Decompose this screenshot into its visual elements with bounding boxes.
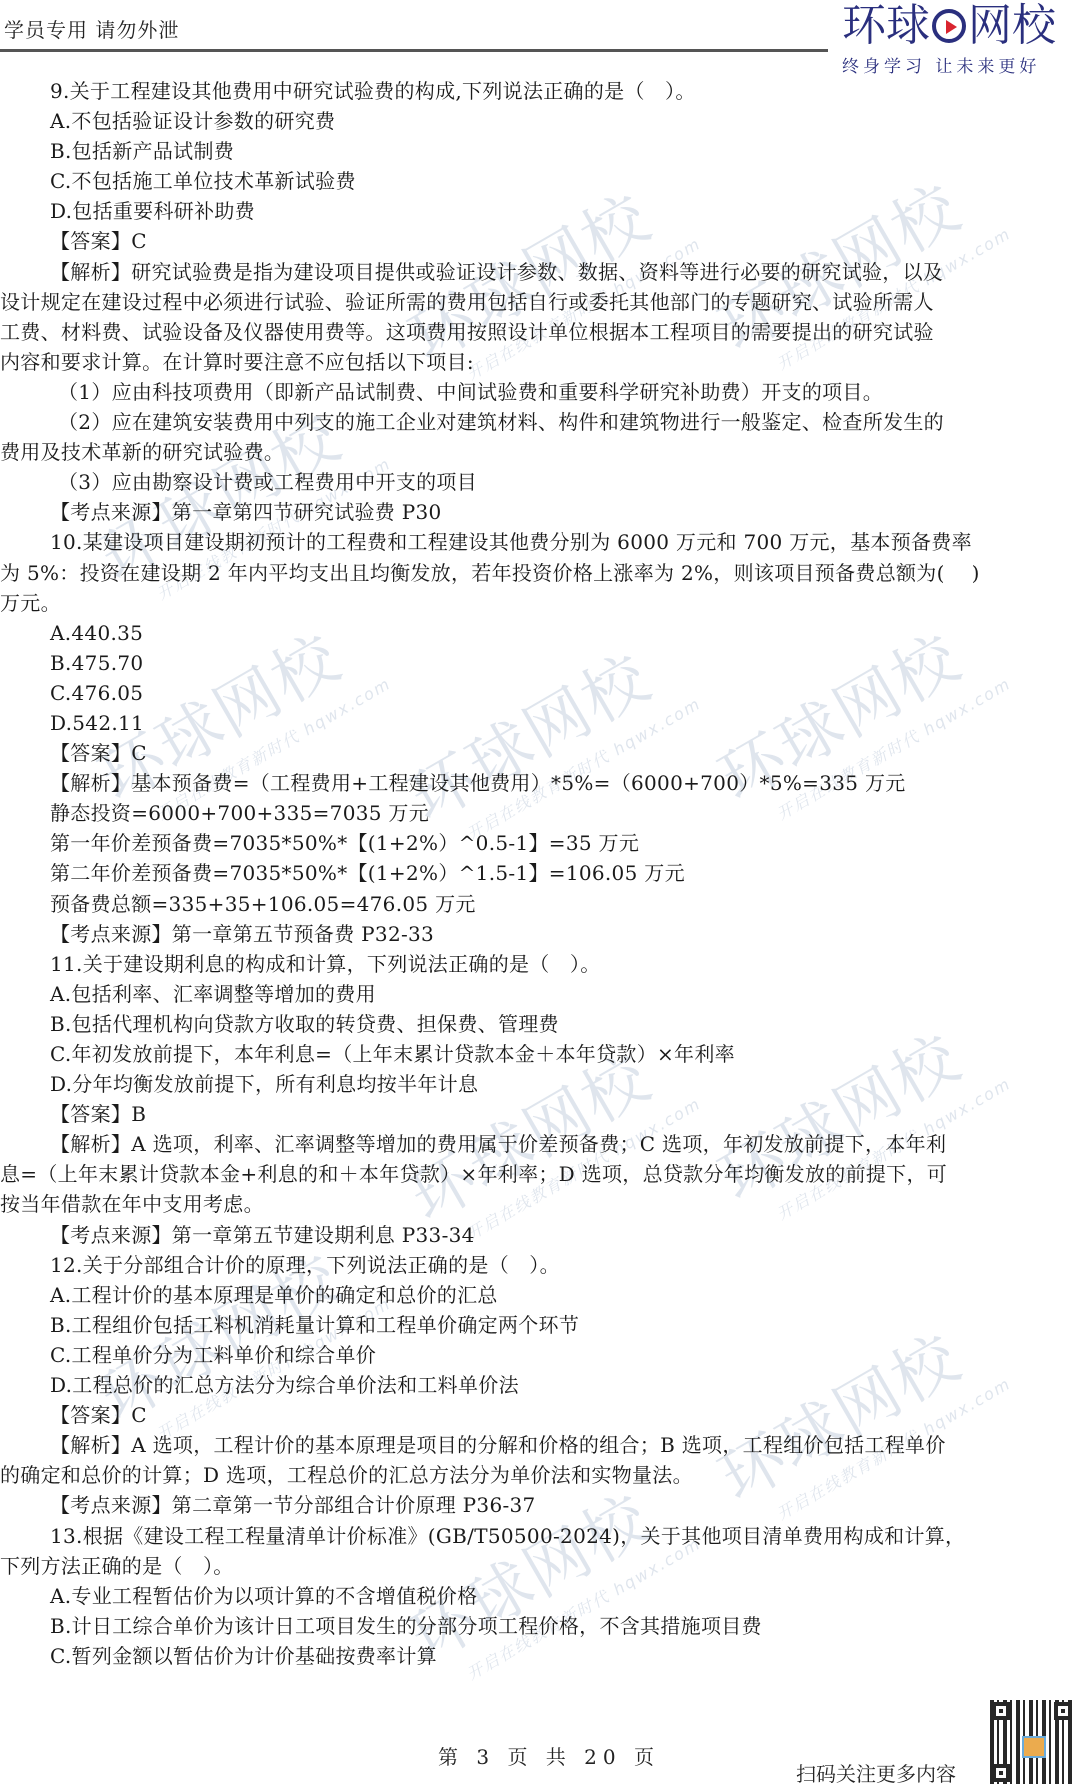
question-13: 13.根据《建设工程工程量清单计价标准》(GB/T50500-2024)，关于其… xyxy=(0,1521,1080,1671)
question-9: 9.关于工程建设其他费用中研究试验费的构成,下列说法正确的是（ ）。 A.不包括… xyxy=(0,76,1080,527)
header-label: 学员专用 请勿外泄 xyxy=(4,14,179,43)
option-b: B.计日工综合单价为该计日工项目发生的分部分项工程价格，不含其措施项目费 xyxy=(0,1611,1080,1641)
analysis-line: （1）应由科技项费用（即新产品试制费、中间试验费和重要科学研究补助费）开支的项目… xyxy=(0,377,1080,407)
analysis-line: 息=（上年末累计贷款本金+利息的和＋本年贷款）×年利率；D 选项，总贷款分年均衡… xyxy=(0,1159,1080,1189)
answer: 【答案】B xyxy=(0,1099,1080,1129)
option-d: D.工程总价的汇总方法分为综合单价法和工料单价法 xyxy=(0,1370,1080,1400)
question-stem: 13.根据《建设工程工程量清单计价标准》(GB/T50500-2024)，关于其… xyxy=(0,1521,1080,1551)
play-ring-icon xyxy=(932,9,966,43)
scan-prompt: 扫码关注更多内容 xyxy=(796,1758,956,1784)
document-body: 9.关于工程建设其他费用中研究试验费的构成,下列说法正确的是（ ）。 A.不包括… xyxy=(0,76,1080,1671)
analysis-line: 静态投资=6000+700+335=7035 万元 xyxy=(0,798,1080,828)
option-d: D.542.11 xyxy=(0,708,1080,738)
option-b: B.包括代理机构向贷款方收取的转贷费、担保费、管理费 xyxy=(0,1009,1080,1039)
question-10: 10.某建设项目建设期初预计的工程费和工程建设其他费分别为 6000 万元和 7… xyxy=(0,527,1080,948)
option-d: D.分年均衡发放前提下，所有利息均按半年计息 xyxy=(0,1069,1080,1099)
source: 【考点来源】第二章第一节分部组合计价原理 P36-37 xyxy=(0,1490,1080,1520)
question-stem: 9.关于工程建设其他费用中研究试验费的构成,下列说法正确的是（ ）。 xyxy=(0,76,1080,106)
analysis-line: 第一年价差预备费=7035*50%*【(1+2%）^0.5-1】=35 万元 xyxy=(0,828,1080,858)
question-stem: 为 5%：投资在建设期 2 年内平均支出且均衡发放，若年投资价格上涨率为 2%，… xyxy=(0,558,1080,588)
question-stem: 下列方法正确的是（ ）。 xyxy=(0,1551,1080,1581)
question-stem: 万元。 xyxy=(0,588,1080,618)
qr-center-logo xyxy=(1022,1736,1046,1758)
analysis-line: 第二年价差预备费=7035*50%*【(1+2%）^1.5-1】=106.05 … xyxy=(0,858,1080,888)
option-d: D.包括重要科研补助费 xyxy=(0,196,1080,226)
question-12: 12.关于分部组合计价的原理，下列说法正确的是（ ）。 A.工程计价的基本原理是… xyxy=(0,1250,1080,1521)
option-a: A.不包括验证设计参数的研究费 xyxy=(0,106,1080,136)
logo-wordmark: 环球 网校 xyxy=(842,2,1078,50)
option-c: C.工程单价分为工料单价和综合单价 xyxy=(0,1340,1080,1370)
analysis-line: 【解析】基本预备费=（工程费用+工程建设其他费用）*5%=（6000+700）*… xyxy=(0,768,1080,798)
source: 【考点来源】第一章第五节建设期利息 P33-34 xyxy=(0,1220,1080,1250)
option-b: B.工程组价包括工料机消耗量计算和工程单价确定两个环节 xyxy=(0,1310,1080,1340)
analysis-line: 的确定和总价的计算；D 选项，工程总价的汇总方法分为单价法和实物量法。 xyxy=(0,1460,1080,1490)
option-a: A.工程计价的基本原理是单价的确定和总价的汇总 xyxy=(0,1280,1080,1310)
option-b: B.包括新产品试制费 xyxy=(0,136,1080,166)
qr-finder xyxy=(992,1702,1010,1720)
analysis-line: 【解析】A 选项，工程计价的基本原理是项目的分解和价格的组合；B 选项，工程组价… xyxy=(0,1430,1080,1460)
analysis-line: 预备费总额=335+35+106.05=476.05 万元 xyxy=(0,889,1080,919)
analysis-line: （3）应由勘察设计费或工程费用中开支的项目 xyxy=(0,467,1080,497)
header-rule xyxy=(0,49,828,52)
analysis-line: 工费、材料费、试验设备及仪器使用费等。这项费用按照设计单位根据本工程项目的需要提… xyxy=(0,317,1080,347)
option-a: A.440.35 xyxy=(0,618,1080,648)
qr-finder xyxy=(1054,1702,1072,1720)
logo-text-left: 环球 xyxy=(842,2,930,50)
option-c: C.年初发放前提下，本年利息=（上年末累计贷款本金＋本年贷款）×年利率 xyxy=(0,1039,1080,1069)
analysis-line: （2）应在建筑安装费用中列支的施工企业对建筑材料、构件和建筑物进行一般鉴定、检查… xyxy=(0,407,1080,437)
question-11: 11.关于建设期利息的构成和计算，下列说法正确的是（ ）。 A.包括利率、汇率调… xyxy=(0,949,1080,1250)
analysis-line: 内容和要求计算。在计算时要注意不应包括以下项目: xyxy=(0,347,1080,377)
qr-code-icon[interactable] xyxy=(990,1700,1074,1784)
qr-finder xyxy=(992,1764,1010,1782)
option-c: C.476.05 xyxy=(0,678,1080,708)
brand-logo: 环球 网校 终身学习 让未来更好 xyxy=(842,2,1078,76)
logo-slogan: 终身学习 让未来更好 xyxy=(842,52,1078,77)
analysis-line: 【解析】研究试验费是指为建设项目提供或验证设计参数、数据、资料等进行必要的研究试… xyxy=(0,257,1080,287)
page-number: 第 3 页 共 20 页 xyxy=(438,1741,660,1770)
option-c: C.暂列金额以暂估价为计价基础按费率计算 xyxy=(0,1641,1080,1671)
question-stem: 12.关于分部组合计价的原理，下列说法正确的是（ ）。 xyxy=(0,1250,1080,1280)
answer: 【答案】C xyxy=(0,738,1080,768)
analysis-line: 【解析】A 选项，利率、汇率调整等增加的费用属于价差预备费；C 选项，年初发放前… xyxy=(0,1129,1080,1159)
answer: 【答案】C xyxy=(0,226,1080,256)
logo-text-right: 网校 xyxy=(968,2,1056,50)
analysis-line: 设计规定在建设过程中必须进行试验、验证所需的费用包括自行或委托其他部门的专题研究… xyxy=(0,287,1080,317)
analysis-line: 费用及技术革新的研究试验费。 xyxy=(0,437,1080,467)
question-stem: 11.关于建设期利息的构成和计算，下列说法正确的是（ ）。 xyxy=(0,949,1080,979)
option-b: B.475.70 xyxy=(0,648,1080,678)
option-a: A.包括利率、汇率调整等增加的费用 xyxy=(0,979,1080,1009)
option-c: C.不包括施工单位技术革新试验费 xyxy=(0,166,1080,196)
source: 【考点来源】第一章第五节预备费 P32-33 xyxy=(0,919,1080,949)
question-stem: 10.某建设项目建设期初预计的工程费和工程建设其他费分别为 6000 万元和 7… xyxy=(0,527,1080,557)
answer: 【答案】C xyxy=(0,1400,1080,1430)
source: 【考点来源】第一章第四节研究试验费 P30 xyxy=(0,497,1080,527)
analysis-line: 按当年借款在年中支用考虑。 xyxy=(0,1189,1080,1219)
option-a: A.专业工程暂估价为以项计算的不含增值税价格 xyxy=(0,1581,1080,1611)
